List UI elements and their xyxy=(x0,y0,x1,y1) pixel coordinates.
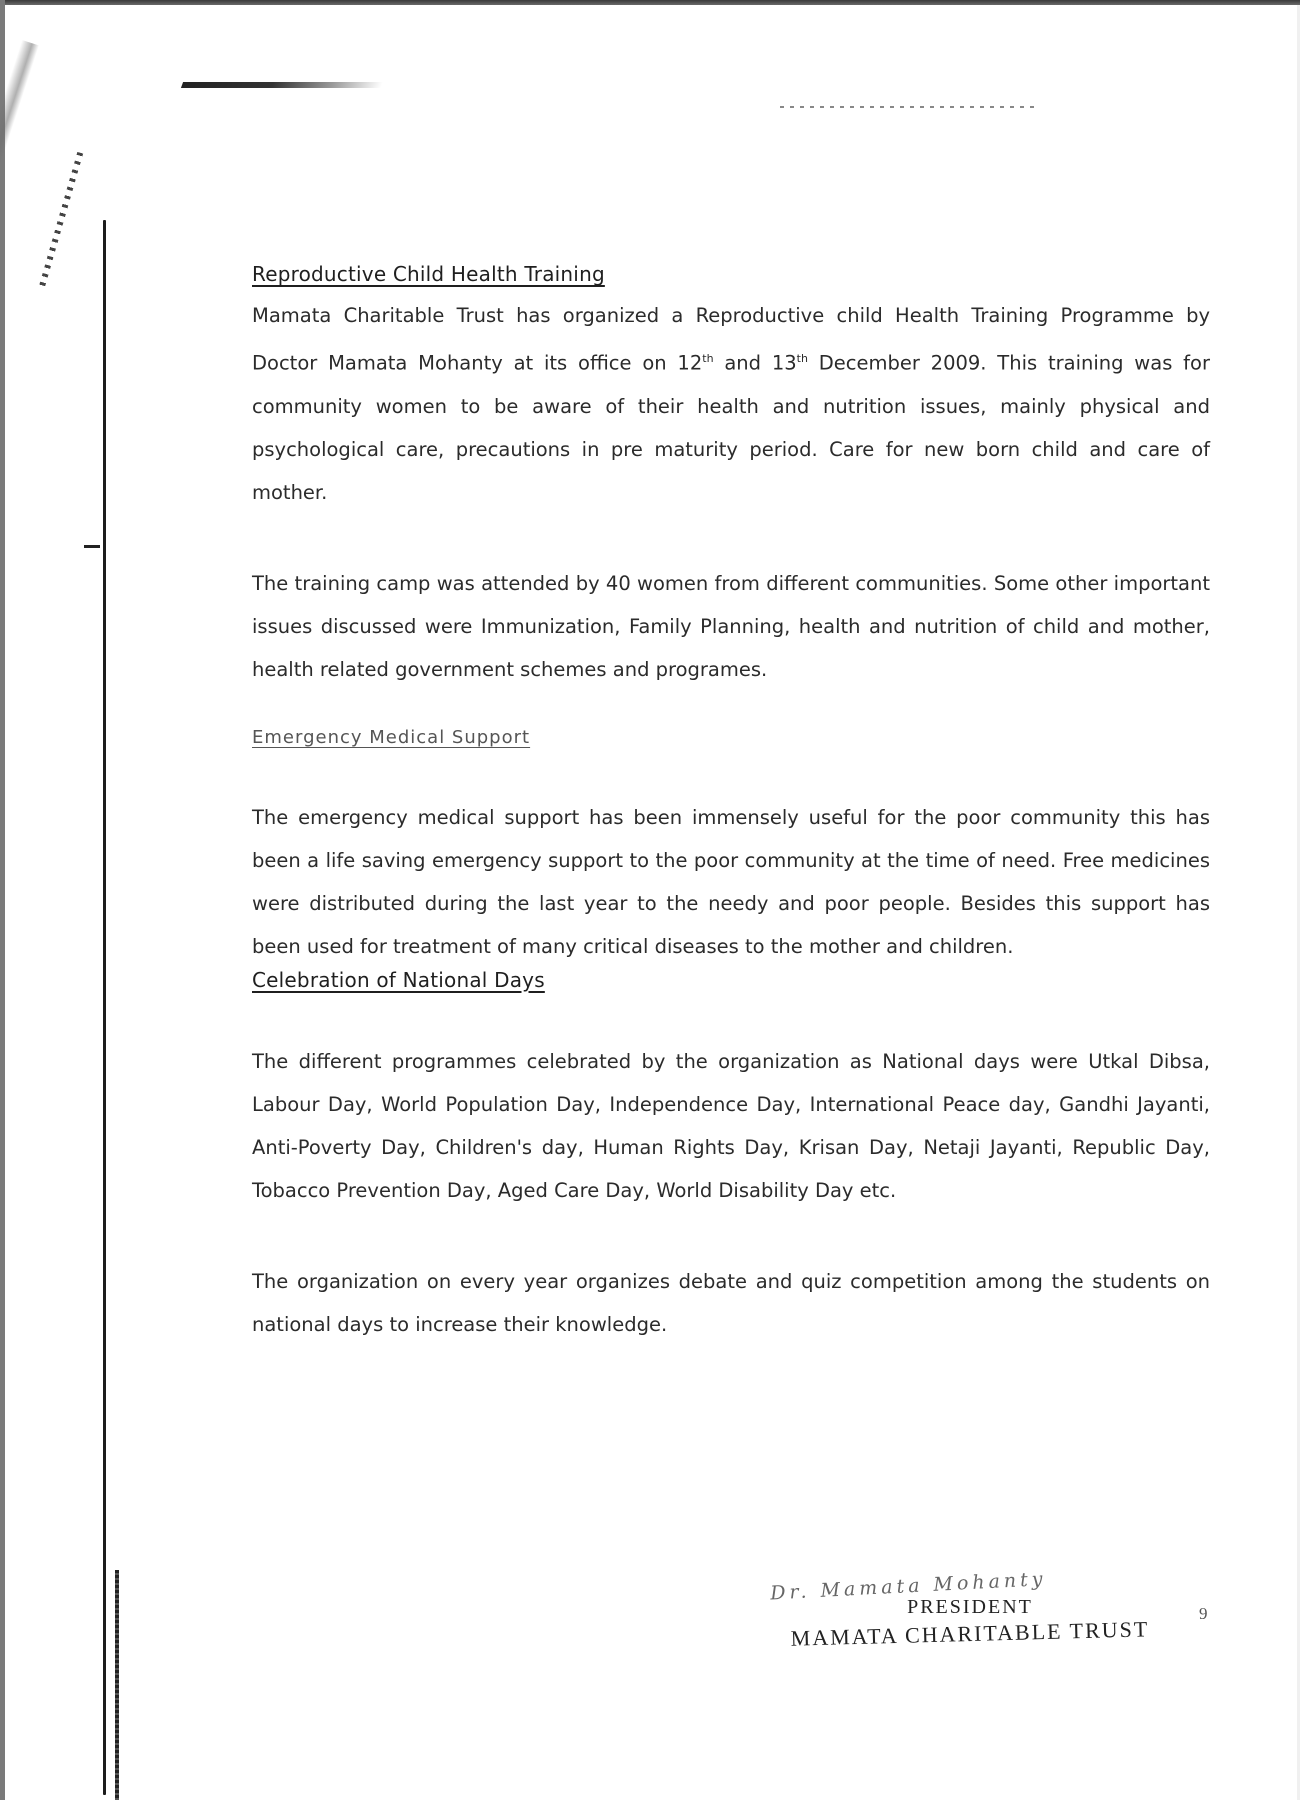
paragraph: The training camp was attended by 40 wom… xyxy=(252,562,1210,691)
signature-block: Dr. Mamata Mohanty PRESIDENT MAMATA CHAR… xyxy=(770,1572,1170,1647)
scan-left-edge xyxy=(0,0,5,1800)
section-reproductive-child-health: Reproductive Child Health Training Mamat… xyxy=(252,262,1210,691)
ordinal-suffix: th xyxy=(702,352,713,365)
binding-line-lower xyxy=(115,1570,119,1800)
header-smudge-left xyxy=(181,82,383,88)
section-national-days: Celebration of National Days The differe… xyxy=(252,968,1210,1346)
paragraph: The different programmes celebrated by t… xyxy=(252,1040,1210,1212)
paragraph-text: and 13 xyxy=(714,352,797,375)
paragraph: Mamata Charitable Trust has organized a … xyxy=(252,294,1210,514)
section-heading: Celebration of National Days xyxy=(252,968,1210,992)
document-body: Reproductive Child Health Training Mamat… xyxy=(252,262,1210,1346)
paragraph: The emergency medical support has been i… xyxy=(252,796,1210,968)
section-emergency-medical-support: Emergency Medical Support The emergency … xyxy=(252,727,1210,968)
page-number: 9 xyxy=(1199,1604,1208,1624)
binding-line xyxy=(103,220,106,1795)
ordinal-suffix: th xyxy=(797,352,808,365)
organization-stamp: MAMATA CHARITABLE TRUST xyxy=(770,1616,1171,1652)
paragraph: The organization on every year organizes… xyxy=(252,1260,1210,1346)
section-heading: Reproductive Child Health Training xyxy=(252,262,1210,286)
margin-tick-mark xyxy=(84,545,100,548)
scan-shadow-streak xyxy=(0,40,39,207)
scan-top-edge xyxy=(0,0,1300,5)
scan-dotted-marks xyxy=(39,152,83,288)
section-heading: Emergency Medical Support xyxy=(252,727,1210,748)
header-smudge-right xyxy=(780,106,1040,108)
